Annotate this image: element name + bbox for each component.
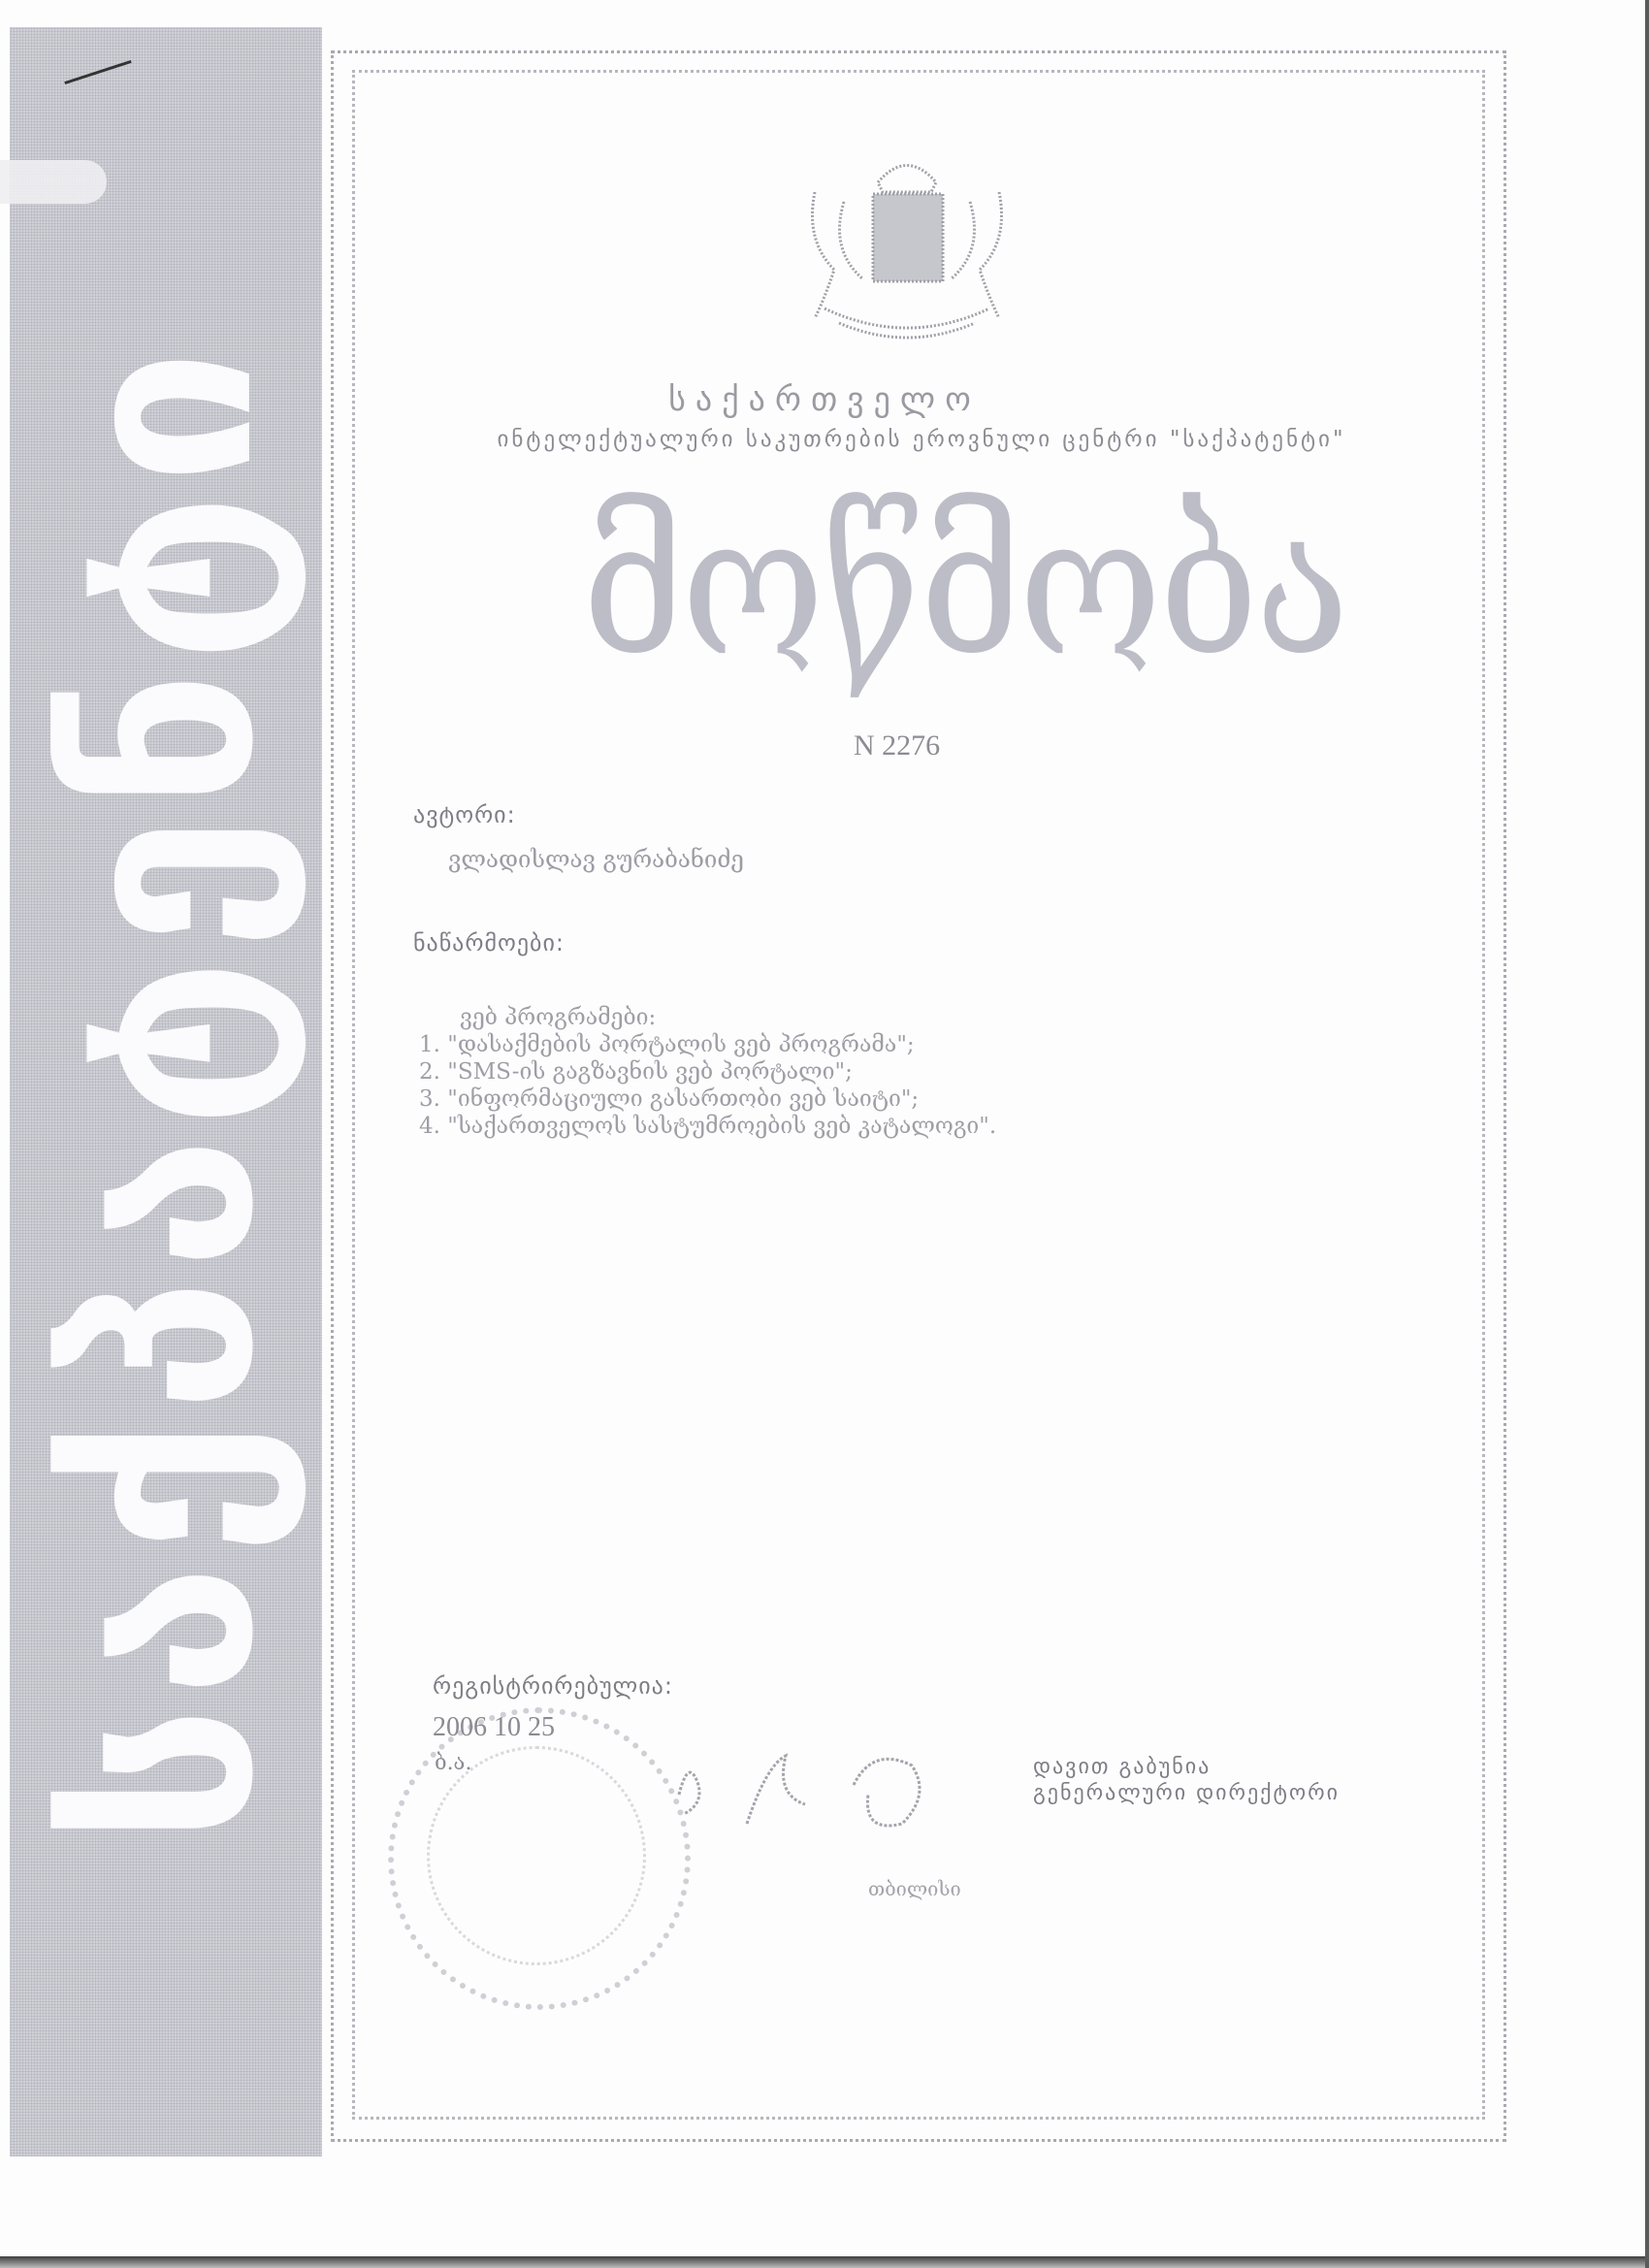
author-label: ავტორი:	[413, 801, 516, 828]
scan-bottom-edge	[0, 2256, 1649, 2268]
works-intro: ვებ პროგრამები:	[419, 1004, 996, 1031]
work-item: 3. "ინფორმაციული გასართობი ვებ საიტი";	[419, 1085, 996, 1113]
document-title: მოწმობა	[582, 475, 1280, 698]
work-item: 4. "საქართველოს სასტუმროების ვებ კატალოგ…	[419, 1113, 996, 1140]
country-name: საქართველო	[0, 380, 1649, 419]
author-name: ვლადისლავ გურაბანიძე	[448, 846, 744, 873]
sidebar-vertical-text: საქპატენტი	[45, 340, 287, 1843]
signatory-block: დავით გაბუნია გენერალური დირექტორი	[1033, 1754, 1340, 1806]
signatory-position: გენერალური დირექტორი	[1033, 1780, 1340, 1806]
decorative-sidebar: საქპატენტი	[10, 27, 322, 2156]
registration-seal-mark: ბ.ა.	[435, 1751, 471, 1775]
registration-label: რეგისტრირებულია:	[433, 1672, 673, 1700]
coat-of-arms-icon	[786, 153, 1028, 347]
scan-right-edge	[1645, 0, 1649, 2268]
registration-date: 2006 10 25	[433, 1712, 555, 1743]
works-label: ნაწარმოები:	[413, 929, 565, 956]
organization-name: ინტელექტუალური საკუთრების ეროვნული ცენტრ…	[485, 427, 1358, 452]
works-list: ვებ პროგრამები: 1. "დასაქმების პორტალის …	[419, 1004, 996, 1140]
work-item: 1. "დასაქმების პორტალის ვებ პროგრამა";	[419, 1031, 996, 1058]
official-seal-inner	[427, 1746, 646, 1965]
document-number: N 2276	[854, 729, 940, 762]
work-item: 2. "SMS-ის გაგზავნის ვებ პორტალი";	[419, 1058, 996, 1085]
city-name: თბილისი	[868, 1877, 961, 1900]
paper-clip-icon	[0, 160, 107, 204]
pen-mark	[64, 60, 131, 84]
signature-icon	[660, 1727, 970, 1843]
signatory-name: დავით გაბუნია	[1033, 1754, 1340, 1780]
